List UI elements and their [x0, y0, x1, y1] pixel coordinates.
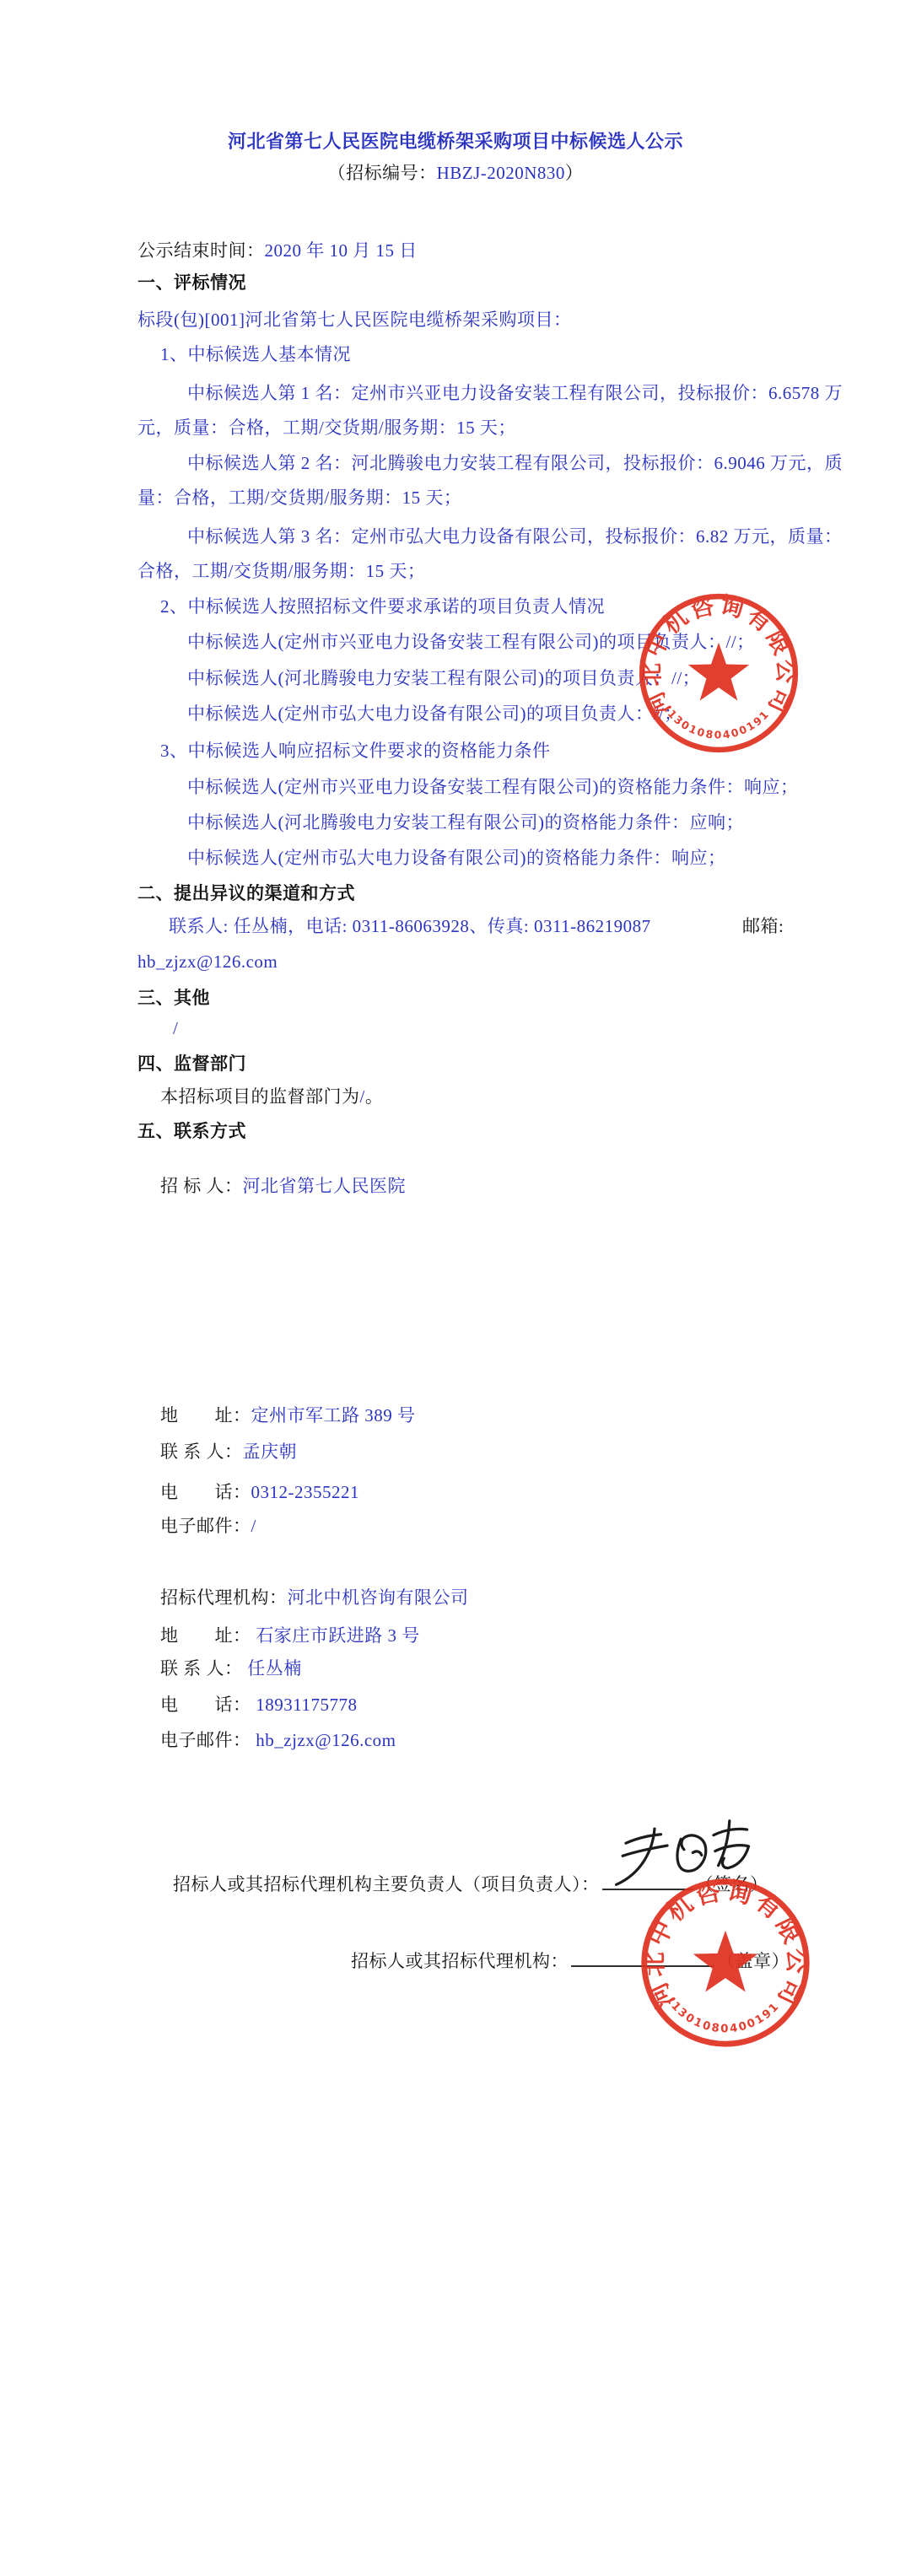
text-run: 元，质量：合格，工期/交货期/服务期：15 天； — [137, 418, 516, 438]
text-run: 联系人: 任丛楠，电话: 0311-86063928、传真: 0311-8621… — [169, 916, 651, 936]
text-run: 中标候选人第 2 名：河北腾骏电力安装工程有限公司，投标报价：6.9046 万元… — [187, 453, 843, 473]
tenderer-address: 地 址：定州市军工路 389 号 — [160, 1404, 416, 1427]
candidate-1-line-a: 中标候选人第 1 名：定州市兴亚电力设备安装工程有限公司，投标报价：6.6578… — [187, 382, 843, 405]
text-run: 电 话： — [160, 1482, 251, 1502]
publicity-end-time: 公示结束时间：2020 年 10 月 15 日 — [137, 240, 418, 262]
text-run: 1、中标候选人基本情况 — [160, 344, 351, 364]
manager-candidate-2: 中标候选人(河北腾骏电力安装工程有限公司)的项目负责人：//； — [187, 667, 700, 690]
text-run: 联 系 人： — [160, 1442, 243, 1462]
text-run: 18931175778 — [251, 1695, 358, 1715]
text-run: 招标代理机构： — [160, 1587, 288, 1608]
text-run: 中标候选人(河北腾骏电力安装工程有限公司)的项目负责人：//； — [187, 668, 700, 688]
end-date: 2020 年 10 月 15 日 — [265, 240, 418, 261]
objection-email-label: 邮箱: — [742, 915, 784, 938]
text-run: 招标人或其招标代理机构主要负责人（项目负责人）： — [173, 1874, 600, 1894]
text-run: 电子邮件： — [160, 1516, 251, 1536]
qualification-candidate-2: 中标候选人(河北腾骏电力安装工程有限公司)的资格能力条件：应响； — [187, 811, 744, 834]
candidate-2-line-b: 量：合格，工期/交货期/服务期：15 天； — [137, 487, 461, 509]
agency-contact: 联 系 人： 任丛楠 — [160, 1657, 302, 1680]
text-run: 地 址： — [160, 1625, 251, 1646]
seal-code-text: 1301080400191 — [666, 707, 773, 741]
company-seal-upper: 河北中机咨询有限公司 1301080400191 — [633, 587, 805, 759]
text-run: 量：合格，工期/交货期/服务期：15 天； — [137, 488, 461, 508]
section-5-heading: 五、联系方式 — [137, 1120, 246, 1143]
text-run: 电 话： — [160, 1695, 251, 1715]
bid-number: HBZJ-2020N830 — [437, 163, 565, 183]
seal-star-icon — [693, 1931, 758, 1992]
candidate-3-line-a: 中标候选人第 3 名：定州市弘大电力设备有限公司，投标报价：6.82 万元，质量… — [187, 525, 843, 548]
subsection-1-3: 3、中标候选人响应招标文件要求的资格能力条件 — [160, 740, 551, 763]
text-run: 地 址： — [160, 1405, 251, 1425]
manager-candidate-3: 中标候选人(定州市弘大电力设备有限公司)的项目负责人：//； — [187, 703, 682, 725]
text-run: 五、联系方式 — [137, 1121, 246, 1141]
qualification-candidate-1: 中标候选人(定州市兴亚电力设备安装工程有限公司)的资格能力条件：响应； — [187, 776, 798, 799]
text-run: hb_zjzx@126.com — [137, 951, 278, 972]
text-run: 定州市军工路 389 号 — [251, 1405, 416, 1425]
text-run: 石家庄市跃进路 3 号 — [251, 1625, 420, 1646]
text-run: 孟庆朝 — [243, 1442, 298, 1462]
tenderer-name: 河北省第七人民医院 — [243, 1176, 407, 1196]
section-4-heading: 四、监督部门 — [137, 1053, 246, 1075]
text-run: 2、中标候选人按照招标文件要求承诺的项目负责人情况 — [160, 596, 605, 617]
subsection-1-1: 1、中标候选人基本情况 — [160, 343, 351, 366]
text-run: 电子邮件： — [160, 1730, 251, 1750]
text-run: 中标候选人第 3 名：定州市弘大电力设备有限公司，投标报价：6.82 万元，质量… — [187, 526, 843, 547]
objection-contact-line: 联系人: 任丛楠，电话: 0311-86063928、传真: 0311-8621… — [169, 915, 651, 938]
text-run: ） — [565, 163, 584, 183]
page-title: 河北省第七人民医院电缆桥架采购项目中标候选人公示 — [0, 130, 911, 153]
text-run: （招标编号： — [328, 163, 437, 183]
bid-number-line: （招标编号：HBZJ-2020N830） — [0, 162, 911, 185]
supervision-line: 本招标项目的监督部门为/。 — [160, 1086, 383, 1108]
page-title-text: 河北省第七人民医院电缆桥架采购项目中标候选人公示 — [228, 131, 683, 152]
text-run: 招 标 人： — [160, 1176, 243, 1196]
candidate-2-line-a: 中标候选人第 2 名：河北腾骏电力安装工程有限公司，投标报价：6.9046 万元… — [187, 452, 843, 475]
text-run: 。 — [365, 1086, 384, 1107]
text-run: 二、提出异议的渠道和方式 — [137, 883, 355, 903]
text-run: 一、评标情况 — [137, 272, 246, 293]
subsection-1-2: 2、中标候选人按照招标文件要求承诺的项目负责人情况 — [160, 595, 605, 618]
section-1-heading: 一、评标情况 — [137, 272, 246, 294]
document-page: 河北省第七人民医院电缆桥架采购项目中标候选人公示（招标编号：HBZJ-2020N… — [0, 0, 911, 2576]
text-run: 中标候选人(河北腾骏电力安装工程有限公司)的资格能力条件：应响； — [187, 812, 744, 833]
text-run: 中标候选人(定州市弘大电力设备有限公司)的项目负责人：//； — [187, 703, 682, 724]
seal-star-icon — [688, 643, 749, 701]
text-run: 0312-2355221 — [251, 1482, 360, 1502]
agency-name: 河北中机咨询有限公司 — [288, 1587, 469, 1608]
agency-address: 地 址： 石家庄市跃进路 3 号 — [160, 1625, 420, 1647]
tenderer-line: 招 标 人：河北省第七人民医院 — [160, 1175, 406, 1198]
text-run: 中标候选人第 1 名：定州市兴亚电力设备安装工程有限公司，投标报价：6.6578… — [187, 383, 843, 403]
lot-line: 标段(包)[001]河北省第七人民医院电缆桥架采购项目： — [137, 309, 571, 331]
text-run: 四、监督部门 — [137, 1054, 246, 1074]
text-run: 本招标项目的监督部门为 — [160, 1086, 360, 1107]
text-run: / — [251, 1516, 256, 1536]
agency-line: 招标代理机构：河北中机咨询有限公司 — [160, 1587, 469, 1609]
text-run: 合格，工期/交货期/服务期：15 天； — [137, 561, 425, 581]
text-run: 三、其他 — [137, 988, 210, 1008]
tenderer-phone: 电 话：0312-2355221 — [160, 1481, 359, 1504]
company-seal-lower: 河北中机咨询有限公司 1301080400191 — [634, 1872, 817, 2054]
candidate-1-line-b: 元，质量：合格，工期/交货期/服务期：15 天； — [137, 417, 516, 439]
objection-email-value: hb_zjzx@126.com — [137, 951, 278, 973]
text-run: 联 系 人： — [160, 1658, 243, 1679]
candidate-3-line-b: 合格，工期/交货期/服务期：15 天； — [137, 560, 425, 583]
tenderer-email: 电子邮件：/ — [160, 1515, 256, 1538]
other-value: / — [173, 1017, 178, 1040]
agency-phone: 电 话： 18931175778 — [160, 1694, 357, 1716]
text-run: 公示结束时间： — [137, 240, 265, 261]
text-run: 招标人或其招标代理机构： — [351, 1951, 569, 1971]
section-3-heading: 三、其他 — [137, 987, 210, 1010]
text-run: 任丛楠 — [243, 1658, 302, 1679]
text-run: 3、中标候选人响应招标文件要求的资格能力条件 — [160, 741, 551, 761]
text-run: 中标候选人(定州市兴亚电力设备安装工程有限公司)的资格能力条件：响应； — [187, 777, 798, 797]
agency-email: 电子邮件： hb_zjzx@126.com — [160, 1729, 396, 1752]
text-run: 标段(包)[001]河北省第七人民医院电缆桥架采购项目： — [137, 310, 571, 330]
tenderer-contact: 联 系 人：孟庆朝 — [160, 1441, 297, 1463]
text-run: hb_zjzx@126.com — [251, 1730, 396, 1750]
text-run: 邮箱: — [742, 916, 784, 936]
qualification-candidate-3: 中标候选人(定州市弘大电力设备有限公司)的资格能力条件：响应； — [187, 847, 725, 870]
section-2-heading: 二、提出异议的渠道和方式 — [137, 882, 355, 905]
text-run: 中标候选人(定州市弘大电力设备有限公司)的资格能力条件：响应； — [187, 848, 725, 868]
text-run: / — [173, 1018, 178, 1038]
